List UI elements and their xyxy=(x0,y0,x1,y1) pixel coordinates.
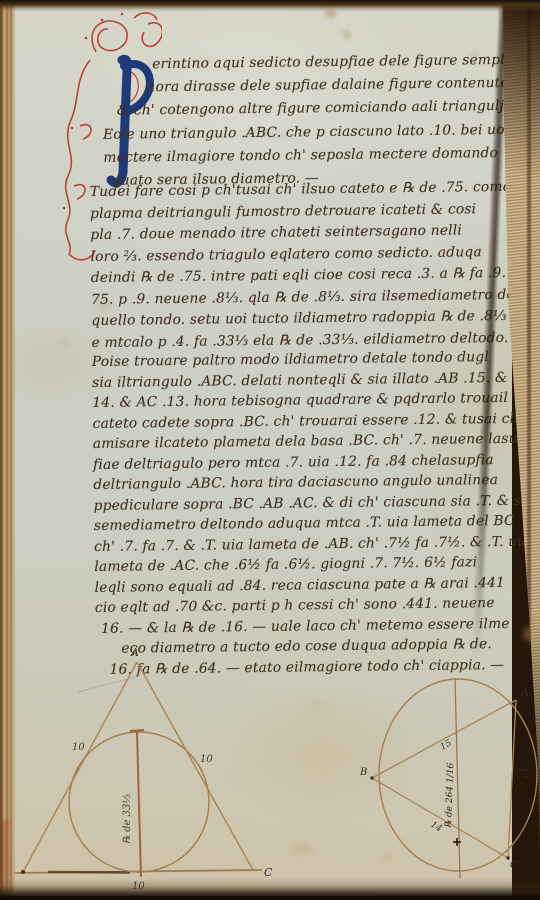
paragraph-3: Poise trouare paltro modo ildiametro det… xyxy=(92,347,524,680)
ink-blot-line xyxy=(48,872,130,873)
vertex-label-c: C xyxy=(510,860,518,871)
manuscript-photo: erintino aqui sedicto desupfiae dele fig… xyxy=(0,0,540,900)
chord-length-label: 14 xyxy=(429,820,444,835)
photo-top-border xyxy=(0,0,540,12)
paragraph-1: erintino aqui sedicto desupfiae dele fig… xyxy=(88,49,518,193)
vertex-label-a: A xyxy=(130,646,139,659)
chord-length-label: 13 xyxy=(518,767,530,780)
side-length-label: 10 xyxy=(200,754,213,765)
manuscript-text: erintino aqui sedicto desupfiae dele fig… xyxy=(88,41,524,694)
diagram-triangle-inscribed-circle: A C 10 10 10 ℞ de 33⅓ xyxy=(8,636,300,898)
diameter-value-label: ℞ de 33⅓ xyxy=(122,794,133,844)
vertex-label-b: B xyxy=(359,767,367,778)
diagram-triangle-in-circle: A B C 15 14 13 ℞ de 264 1/16 xyxy=(356,656,540,900)
corner-ink-dot xyxy=(21,870,25,874)
vertex-ink-dot xyxy=(370,776,373,779)
vertex-label-a: A xyxy=(520,686,529,699)
diameter-value-label: ℞ de 264 1/16 xyxy=(444,762,456,828)
paragraph-2: Tudei fare cosi p ch'tusai ch' ilsuo cat… xyxy=(90,177,520,354)
book-gutter-edge xyxy=(0,4,16,896)
diameter-line xyxy=(455,678,460,878)
pencil-mark xyxy=(78,676,140,692)
side-length-label: 10 xyxy=(72,742,85,753)
triangle-chords xyxy=(372,700,516,858)
photo-bottom-border xyxy=(0,878,540,900)
